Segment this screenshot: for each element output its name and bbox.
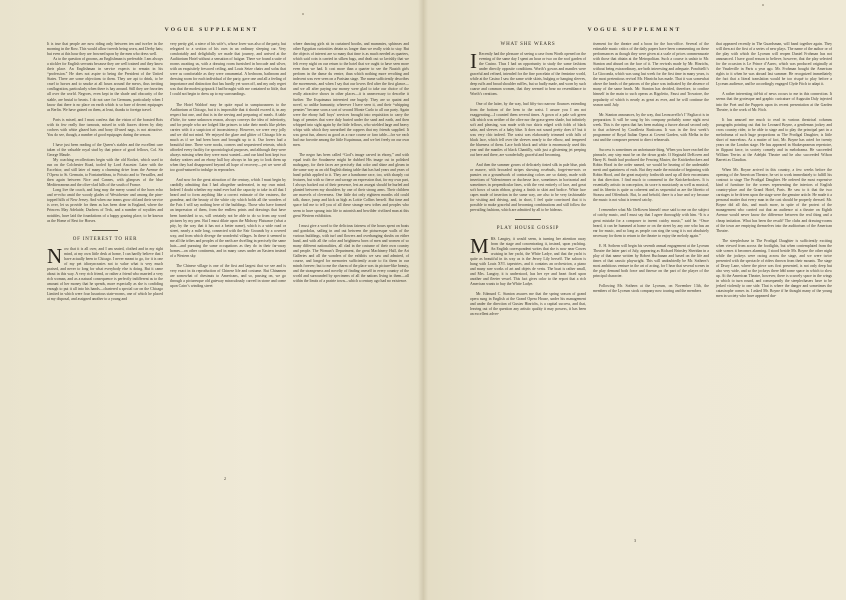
drop-cap: M [470, 238, 489, 255]
paragraph: As to the question of grooms, an English… [47, 57, 163, 113]
paragraph: Following Mr. Sothern at the Lyceum, on … [593, 284, 709, 294]
paragraph: Mr. Edmund C. Stanton assures me that th… [470, 292, 586, 317]
paragraph: tisement for the theatre and a boon for … [593, 42, 709, 108]
paragraph: A rather interesting tid-bit of news occ… [716, 92, 832, 112]
column-1: WHAT SHE WEARS IRecently had the pleasur… [470, 42, 586, 317]
paragraph: that appeared recently in The Guardsman,… [716, 42, 832, 87]
paragraph: One of the latter, by the way, had fifty… [470, 102, 586, 158]
drop-cap: I [470, 53, 477, 70]
page-number: 2 [224, 476, 226, 481]
paragraph: The negro has been called “God’s image c… [293, 153, 409, 219]
column-3: where dancing girls sit in curtained boo… [293, 42, 409, 302]
section-title: PLAY HOUSE GOSSIP [470, 226, 586, 231]
paragraph: The Chinese village is one of the first … [170, 264, 286, 289]
paragraph: I have just been reading of the Queen’s … [47, 143, 163, 158]
left-page: VOGUE SUPPLEMENT It is true that people … [0, 0, 423, 600]
column-3: that appeared recently in The Guardsman,… [716, 42, 832, 317]
paragraph: where dancing girls sit in curtained boo… [293, 42, 409, 148]
paragraph: Mr. Stanton announces, by the way, that … [593, 113, 709, 143]
paragraph: My coaching recollections begin with the… [47, 158, 163, 188]
running-head: VOGUE SUPPLEMENT [0, 27, 423, 33]
paragraph: very pretty girl, a niece of his wife’s,… [170, 42, 286, 98]
paragraph: And then the summer gowns of delicately … [470, 163, 586, 213]
page-gutter [418, 0, 428, 600]
paragraph: And now for the great attraction of the … [170, 178, 286, 259]
section-divider [515, 219, 541, 220]
paragraph: The steeplechase in The Prodigal Daughte… [716, 239, 832, 300]
paragraph: It has amused me much to read in various… [716, 118, 832, 163]
paper-speck [782, 269, 784, 271]
paragraph: The Hotel Waldorf may be quite equal in … [170, 103, 286, 174]
paragraph: Long live the coach, and long may the me… [47, 188, 163, 223]
paragraph-with-dropcap: IRecently had the pleasure of seeing a c… [470, 52, 586, 97]
paragraph: E. H. Sothern will begin his seventh ann… [593, 244, 709, 279]
column-2: tisement for the theatre and a boon for … [593, 42, 709, 317]
page-number: 3 [634, 538, 636, 543]
section-divider [92, 230, 118, 231]
paragraph-text: Recently had the pleasure of seeing a ca… [470, 52, 586, 96]
column-1: It is true that people are now riding on… [47, 42, 163, 302]
drop-cap: N [47, 248, 62, 265]
column-2: very pretty girl, a niece of his wife’s,… [170, 42, 286, 302]
right-page: VOGUE SUPPLEMENT WHAT SHE WEARS IRecentl… [423, 0, 846, 600]
paragraph: It is true that people are now riding on… [47, 42, 163, 57]
paragraph: I must give a word to the delicious fair… [293, 224, 409, 285]
paragraph-with-dropcap: Now that it is all over, and I am seated… [47, 247, 163, 303]
magazine-spread: VOGUE SUPPLEMENT It is true that people … [0, 0, 846, 600]
paragraph: When Mr. Boyne arrived in this country, … [716, 168, 832, 234]
paper-speck [762, 4, 764, 6]
right-page-columns: WHAT SHE WEARS IRecently had the pleasur… [470, 42, 832, 317]
section-title: OF INTEREST TO HER [47, 237, 163, 242]
left-page-columns: It is true that people are now riding on… [47, 42, 409, 302]
section-title: WHAT SHE WEARS [470, 42, 586, 47]
paragraph: I remember what Mr. DeKoven himself once… [593, 208, 709, 238]
running-head: VOGUE SUPPLEMENT [423, 27, 846, 33]
paragraph-with-dropcap: MRS. Langtry, it would seem, is turning … [470, 237, 586, 287]
paragraph: Success is sometimes an unfortunate thin… [593, 148, 709, 204]
paragraph-text: ow that it is all over, and I am seated,… [47, 247, 163, 301]
paragraph: Paris is mixed, and I must confess that … [47, 118, 163, 138]
paper-speck [302, 13, 304, 15]
